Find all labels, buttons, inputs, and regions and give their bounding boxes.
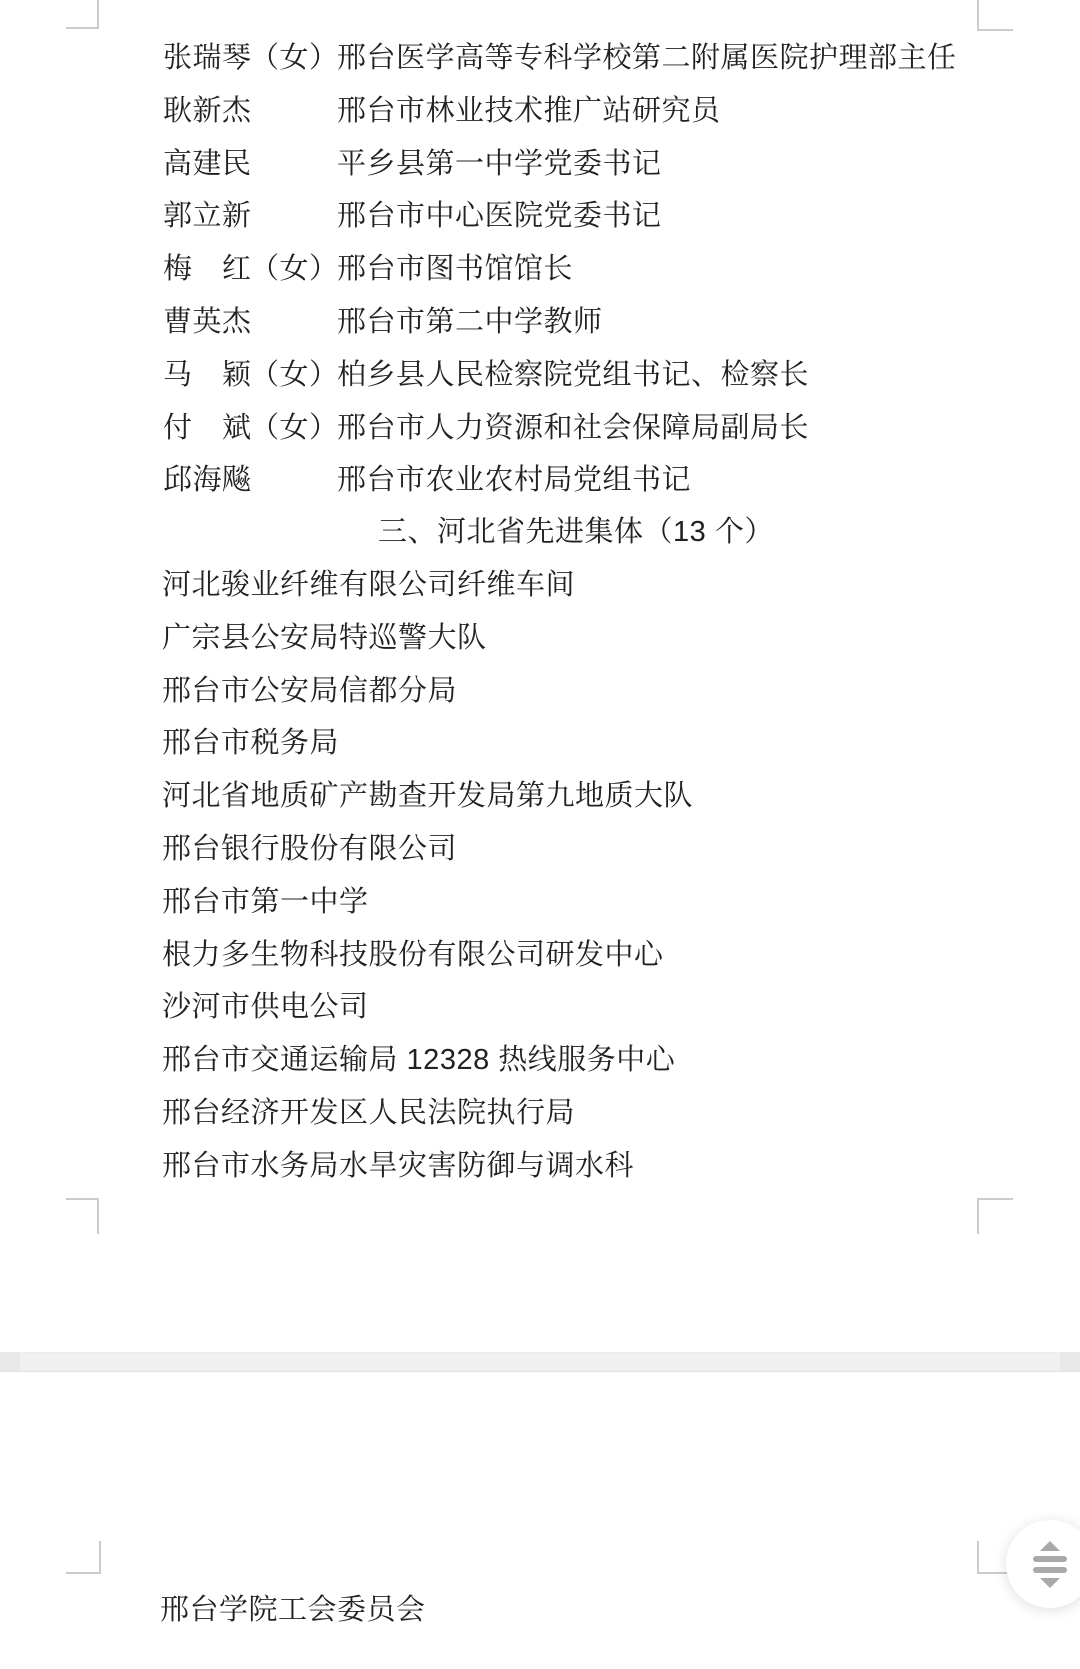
roster-row: 郭立新 邢台市中心医院党委书记 xyxy=(0,201,1080,231)
group-item: 邢台市公安局信都分局 xyxy=(162,676,457,706)
roster-row: 马 颖 （女） 柏乡县人民检察院党组书记、检察长 xyxy=(0,360,1080,390)
roster-row: 张瑞琴 （女） 邢台医学高等专科学校第二附属医院护理部主任 xyxy=(0,43,1080,73)
person-name: 高建民 xyxy=(163,149,252,179)
person-title: 邢台市林业技术推广站研究员 xyxy=(337,96,721,126)
person-name: 郭立新 xyxy=(163,201,252,231)
page2-top-left-crop-mark-icon xyxy=(66,1541,101,1574)
person-name: 梅 红 xyxy=(163,254,252,284)
roster-row: 曹英杰 邢台市第二中学教师 xyxy=(0,307,1080,337)
scroll-widget[interactable] xyxy=(1006,1520,1080,1608)
person-title: 邢台市图书馆馆长 xyxy=(337,254,573,284)
roster-row: 邱海飚 邢台市农业农村局党组书记 xyxy=(0,465,1080,495)
scroll-handle-bars-icon[interactable] xyxy=(1033,1556,1067,1573)
person-title: 邢台市农业农村局党组书记 xyxy=(337,465,691,495)
gender-label: （女） xyxy=(250,43,339,73)
page-gap xyxy=(0,1352,1080,1372)
gender-label: （女） xyxy=(250,254,339,284)
group-item: 河北省地质矿产勘查开发局第九地质大队 xyxy=(162,781,693,811)
group-item: 邢台市税务局 xyxy=(162,728,339,758)
person-name: 曹英杰 xyxy=(163,307,252,337)
person-title: 柏乡县人民检察院党组书记、检察长 xyxy=(337,360,809,390)
page1-top-left-crop-mark-icon xyxy=(66,0,99,29)
roster-row: 梅 红 （女） 邢台市图书馆馆长 xyxy=(0,254,1080,284)
person-name: 马 颖 xyxy=(163,360,252,390)
page1-bottom-left-crop-mark-icon xyxy=(66,1198,99,1234)
person-title: 邢台市第二中学教师 xyxy=(337,307,603,337)
section-heading: 三、河北省先进集体（13 个） xyxy=(378,517,774,547)
group-item: 邢台市水务局水旱灾害防御与调水科 xyxy=(162,1151,634,1181)
handle-bar xyxy=(1033,1567,1067,1573)
page2-first-line: 邢台学院工会委员会 xyxy=(160,1595,426,1625)
person-name: 张瑞琴 xyxy=(163,43,252,73)
group-item: 广宗县公安局特巡警大队 xyxy=(162,623,487,653)
person-title: 邢台市人力资源和社会保障局副局长 xyxy=(337,413,809,443)
page1-bottom-right-crop-mark-icon xyxy=(977,1198,1013,1234)
gender-label: （女） xyxy=(250,360,339,390)
person-name: 邱海飚 xyxy=(163,465,252,495)
group-item: 邢台银行股份有限公司 xyxy=(162,834,457,864)
roster-row: 高建民 平乡县第一中学党委书记 xyxy=(0,149,1080,179)
person-title: 邢台医学高等专科学校第二附属医院护理部主任 xyxy=(337,43,957,73)
roster-row: 耿新杰 邢台市林业技术推广站研究员 xyxy=(0,96,1080,126)
handle-bar xyxy=(1033,1556,1067,1562)
scroll-up-triangle-icon[interactable] xyxy=(1040,1541,1060,1551)
person-name: 付 斌 xyxy=(163,413,252,443)
person-name: 耿新杰 xyxy=(163,96,252,126)
person-title: 邢台市中心医院党委书记 xyxy=(337,201,662,231)
group-item: 邢台经济开发区人民法院执行局 xyxy=(162,1098,575,1128)
group-item: 邢台市交通运输局 12328 热线服务中心 xyxy=(162,1045,675,1075)
group-item: 河北骏业纤维有限公司纤维车间 xyxy=(162,570,575,600)
group-item: 邢台市第一中学 xyxy=(162,887,369,917)
person-title: 平乡县第一中学党委书记 xyxy=(337,149,662,179)
document-viewer: 张瑞琴 （女） 邢台医学高等专科学校第二附属医院护理部主任 耿新杰 邢台市林业技… xyxy=(0,0,1080,1669)
page1-top-right-crop-mark-icon xyxy=(977,0,1013,31)
group-item: 根力多生物科技股份有限公司研发中心 xyxy=(162,940,664,970)
group-item: 沙河市供电公司 xyxy=(162,992,369,1022)
gender-label: （女） xyxy=(250,413,339,443)
scroll-down-triangle-icon[interactable] xyxy=(1040,1578,1060,1588)
roster-row: 付 斌 （女） 邢台市人力资源和社会保障局副局长 xyxy=(0,413,1080,443)
